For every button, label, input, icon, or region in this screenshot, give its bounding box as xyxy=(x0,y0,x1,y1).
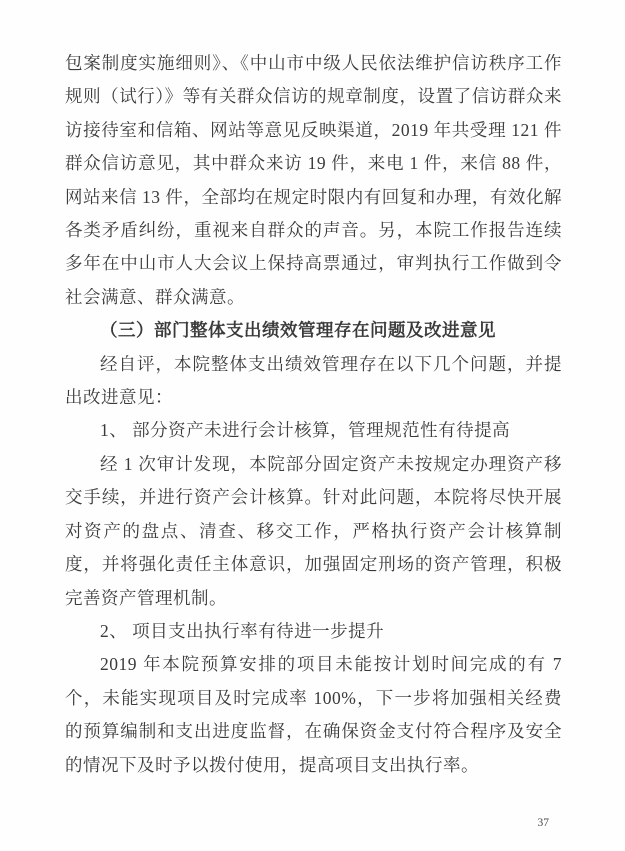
page-number: 37 xyxy=(538,817,550,829)
subheading-item-2: 2、 项目支出执行率有待进一步提升 xyxy=(65,615,562,648)
paragraph-item-1-detail: 经 1 次审计发现，本院部分固定资产未按规定办理资产移交手续，并进行资产会计核算… xyxy=(65,448,562,615)
subheading-item-1: 1、 部分资产未进行会计核算，管理规范性有待提高 xyxy=(65,414,562,447)
document-content: 包案制度实施细则》、《中山市中级人民依法维护信访秩序工作规则（试行）》等有关群众… xyxy=(65,47,562,782)
paragraph-continuation: 包案制度实施细则》、《中山市中级人民依法维护信访秩序工作规则（试行）》等有关群众… xyxy=(65,47,562,314)
document-page: 包案制度实施细则》、《中山市中级人民依法维护信访秩序工作规则（试行）》等有关群众… xyxy=(0,0,625,851)
section-heading: （三）部门整体支出绩效管理存在问题及改进意见 xyxy=(65,314,562,347)
paragraph-intro: 经自评，本院整体支出绩效管理存在以下几个问题，并提出改进意见： xyxy=(65,348,562,415)
paragraph-item-2-detail: 2019 年本院预算安排的项目未能按计划时间完成的有 7 个，未能实现项目及时完… xyxy=(65,648,562,782)
